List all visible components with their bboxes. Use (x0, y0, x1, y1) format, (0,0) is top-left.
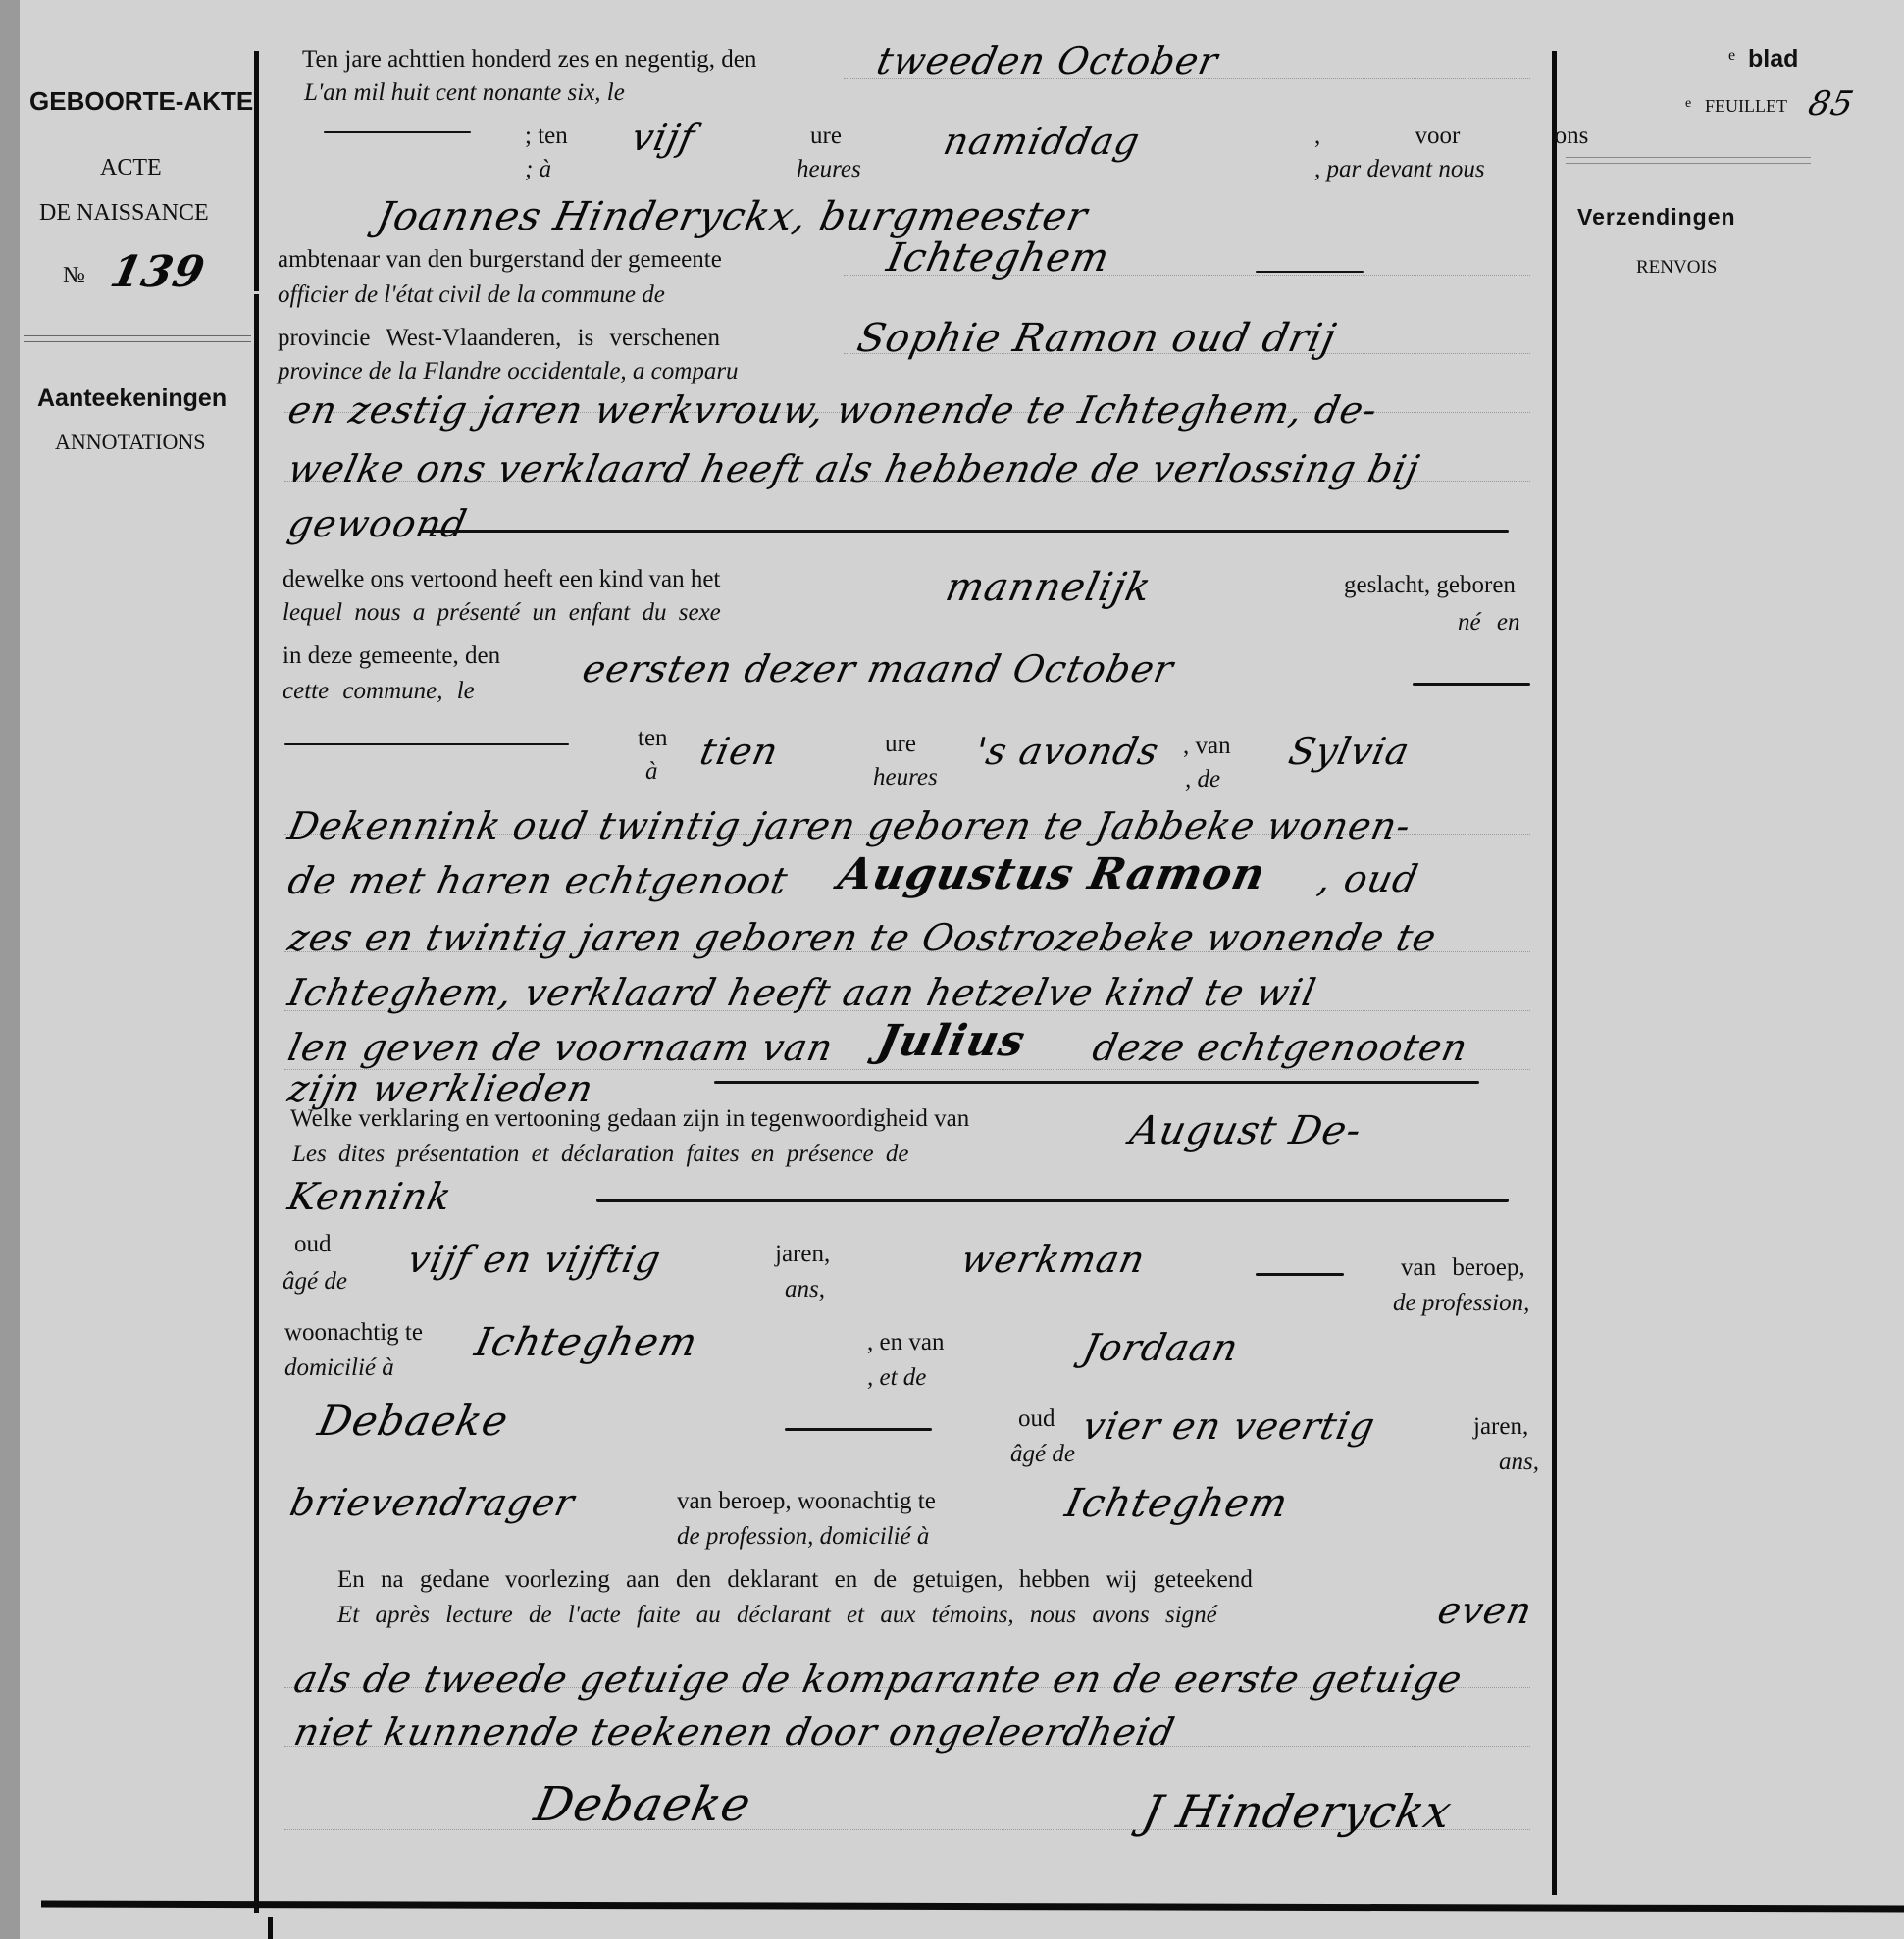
ten-fr: ; à (525, 157, 551, 181)
birth-certificate-page: GEBOORTE-AKTE ACTE DE NAISSANCE № 139 Aa… (0, 0, 1904, 1939)
geslacht-fr: né en (1458, 610, 1519, 635)
title-geboorte-akte: GEBOORTE-AKTE (29, 86, 253, 117)
hw-parents-line5a: len geven de voornaam van (284, 1026, 838, 1069)
hw-mother-first: Sylvia (1285, 730, 1414, 773)
hw-witness2-age: vier en veertig (1079, 1404, 1379, 1448)
prov-nl: provincie West-Vlaanderen, is verschenen (278, 326, 720, 350)
hw-witness2-home: Ichteghem (1061, 1481, 1292, 1526)
hw-officer: Joannes Hinderyckx, burgmeester (373, 194, 1092, 239)
jaren2-fr: ans, (1499, 1450, 1539, 1474)
scan-edge (0, 0, 20, 1939)
ten-nl: ; ten (525, 124, 568, 148)
envan-fr: , et de (867, 1365, 926, 1390)
filler-stroke (420, 530, 1509, 533)
hw-commune: Ichteghem (883, 235, 1113, 281)
filler-stroke (1256, 271, 1364, 273)
hw-parents-line1: Dekennink oud twintig jaren geboren te J… (284, 804, 1415, 847)
hw-parents-line4: Ichteghem, verklaard heeft aan hetzelve … (284, 971, 1320, 1014)
hw-birth-date: eersten dezer maand October (579, 647, 1178, 690)
woon-fr: domicilié à (284, 1355, 394, 1380)
year-nl: Ten jare achttien honderd zes en negenti… (302, 47, 756, 72)
hw-witness1-job: werkman (957, 1238, 1150, 1281)
closing-nl: En na gedane voorlezing aan den deklaran… (337, 1567, 1253, 1592)
filler-stroke (1413, 683, 1530, 686)
signature-witness: Debaeke (530, 1777, 756, 1832)
act-number-label: № (63, 263, 85, 289)
welke-fr: Les dites présentation et déclaration fa… (292, 1142, 908, 1166)
geslacht-nl: geslacht, geboren (1344, 573, 1516, 597)
hw-father-name: Augustus Ramon (834, 849, 1270, 899)
hw-decl-line3: welke ons verklaard heeft als hebbende d… (284, 447, 1423, 490)
hw-declarant: Sophie Ramon oud drij (853, 316, 1340, 361)
jaren-fr: ans, (785, 1277, 825, 1301)
feuillet-value: 85 (1805, 84, 1858, 124)
signature-officer: J Hinderyckx (1138, 1785, 1457, 1838)
renvois-title: Verzendingen (1577, 204, 1736, 230)
hw-birth-hour: tien (696, 730, 783, 773)
ure2-fr: heures (873, 765, 938, 790)
dewelke-fr: lequel nous a présenté un enfant du sexe (283, 600, 721, 625)
oud-fr: âgé de (283, 1269, 347, 1294)
jaren-nl: jaren, (775, 1242, 830, 1266)
ure2-nl: ure (885, 732, 916, 756)
margin-separator (24, 341, 251, 342)
closing-fr: Et après lecture de l'acte faite au décl… (337, 1603, 1217, 1627)
beroep-fr: de profession, (1393, 1291, 1529, 1315)
hw-daypart: namiddag (940, 120, 1144, 163)
filler-stroke (785, 1428, 932, 1431)
feuillet-prefix: e (1685, 96, 1691, 112)
left-column-divider (254, 51, 259, 291)
ten2-fr: à (645, 759, 658, 784)
oud2-nl: oud (1018, 1406, 1055, 1431)
feuillet-label: FEUILLET (1705, 96, 1787, 117)
ten2-nl: ten (638, 726, 668, 750)
hw-witness2-first: Jordaan (1079, 1326, 1243, 1369)
hw-sex: mannelijk (942, 565, 1156, 610)
hw-parents-line6: zijn werklieden (284, 1067, 597, 1110)
hw-parents-line5b: deze echtgenooten (1089, 1026, 1472, 1069)
bottom-rule (41, 1901, 1904, 1913)
title-acte: ACTE (100, 155, 162, 181)
renvois-subtitle: RENVOIS (1636, 257, 1717, 279)
annotations-title: Aanteekeningen (37, 384, 227, 413)
woon-nl: woonachtig te (284, 1320, 423, 1345)
hw-witness1-home: Ichteghem (471, 1320, 701, 1365)
hw-witness2-job: brievendrager (286, 1481, 579, 1524)
oud2-fr: âgé de (1010, 1442, 1075, 1466)
hw-witness2-last: Debaeke (314, 1397, 513, 1445)
right-margin-separator (1566, 163, 1811, 164)
ure-nl: ure (810, 124, 842, 148)
title-de-naissance: DE NAISSANCE (39, 200, 209, 227)
beroep2-nl: van beroep, woonachtig te (677, 1489, 936, 1513)
voor-nl: , voor ons (1314, 124, 1588, 148)
hw-parents-line2a: de met haren echtgenoot (284, 859, 792, 902)
voor-fr: , par devant nous (1314, 157, 1485, 181)
annotations-subtitle: ANNOTATIONS (55, 430, 205, 455)
ambt-fr: officier de l'état civil de la commune d… (278, 282, 665, 307)
hw-witness1-b: Kennink (284, 1175, 456, 1218)
hw-decl-line4: gewoond (284, 502, 471, 545)
prov-fr: province de la Flandre occidentale, a co… (278, 359, 739, 383)
jaren2-nl: jaren, (1473, 1414, 1528, 1439)
hw-closing-b: als de tweede getuige de komparante en d… (290, 1658, 1467, 1701)
gemeente-fr: cette commune, le (283, 679, 475, 703)
year-fr: L'an mil huit cent nonante six, le (304, 80, 625, 105)
filler-stroke (596, 1199, 1509, 1202)
hw-decl-line2: en zestig jaren werkvrouw, wonende te Ic… (284, 388, 1381, 432)
act-number-value: 139 (106, 247, 210, 297)
hw-hour: vijf (628, 116, 699, 159)
hw-birth-daypart: 's avonds (971, 730, 1163, 773)
hw-witness1-a: August De- (1126, 1108, 1365, 1153)
filler-stroke (284, 743, 569, 745)
filler-stroke (1256, 1273, 1344, 1276)
beroep2-fr: de profession, domicilié à (677, 1524, 929, 1549)
hw-parents-line2b: , oud (1314, 857, 1422, 900)
blad-prefix: e (1728, 47, 1735, 65)
van-nl: , van (1183, 734, 1231, 758)
filler-stroke (714, 1081, 1479, 1084)
hw-witness1-age: vijf en vijftig (404, 1238, 665, 1281)
dewelke-nl: dewelke ons vertoond heeft een kind van … (283, 567, 720, 591)
oud-nl: oud (294, 1232, 332, 1256)
left-column-divider (254, 294, 259, 1913)
ambt-nl: ambtenaar van den burgerstand der gemeen… (278, 247, 722, 272)
right-margin-separator (1566, 157, 1811, 158)
ure-fr: heures (797, 157, 861, 181)
hw-closing-a: even (1434, 1589, 1536, 1632)
filler-stroke (324, 131, 471, 133)
blad-label: blad (1748, 45, 1798, 74)
beroep-nl: van beroep, (1401, 1255, 1525, 1280)
hw-closing-c: niet kunnende teekenen door ongeleerdhei… (290, 1710, 1179, 1754)
left-column-divider (268, 1917, 273, 1939)
hw-child-name: Julius (873, 1016, 1030, 1066)
hw-date: tweeden October (873, 39, 1222, 82)
envan-nl: , en van (867, 1330, 944, 1354)
gemeente-nl: in deze gemeente, den (283, 643, 500, 668)
margin-separator (24, 335, 251, 336)
right-column-divider (1552, 51, 1557, 1895)
hw-parents-line3: zes en twintig jaren geboren te Oostroze… (284, 916, 1441, 959)
van-fr: , de (1185, 767, 1220, 791)
